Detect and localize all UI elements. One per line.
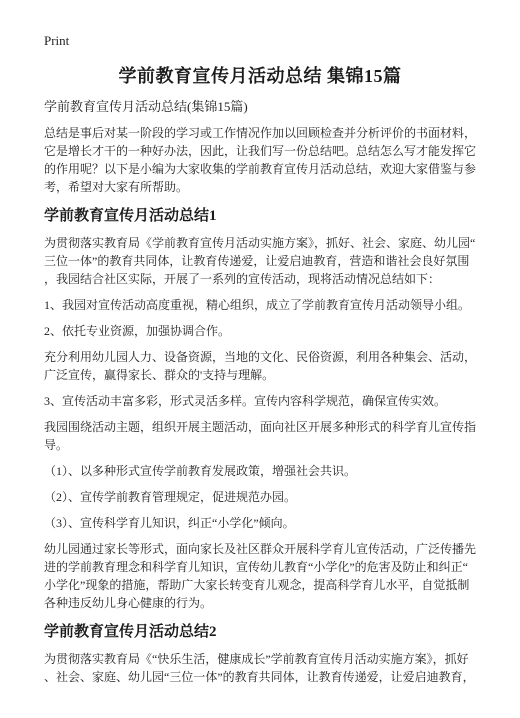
document-page: Print 学前教育宣传月活动总结 集锦15篇 学前教育宣传月活动总结(集锦15… [0, 0, 520, 718]
section-1-paragraph: 幼儿园通过家长等形式，面向家长及社区群众开展科学育儿宣传活动，广泛传播先进的学前… [44, 540, 476, 612]
section-1-paragraph: 充分利用幼儿园人力、设备资源，当地的文化、民俗资源，利用各种集会、活动，广泛宣传… [44, 348, 476, 384]
section-1-heading: 学前教育宣传月活动总结1 [44, 206, 476, 226]
section-1-sub-item-1: （1）、以多种形式宣传学前教育发展政策，增强社会共识。 [44, 462, 476, 480]
section-2-heading: 学前教育宣传月活动总结2 [44, 622, 476, 642]
document-subtitle: 学前教育宣传月活动总结(集锦15篇) [44, 98, 476, 116]
section-1-list-item-3: 3、宣传活动丰富多彩，形式灵活多样。宣传内容科学规范，确保宣传实效。 [44, 392, 476, 410]
print-link[interactable]: Print [44, 33, 69, 49]
section-1-list-item-2: 2、依托专业资源，加强协调合作。 [44, 322, 476, 340]
section-1-paragraph: 为贯彻落实教育局《学前教育宣传月活动实施方案》，抓好、社会、家庭、幼儿园“三位一… [44, 234, 476, 288]
section-1-sub-item-3: （3）、宣传科学育儿知识，纠正“小学化”倾向。 [44, 514, 476, 532]
intro-paragraph: 总结是事后对某一阶段的学习或工作情况作加以回顾检查并分析评价的书面材料，它是增长… [44, 124, 476, 196]
section-1-sub-item-2: （2）、宣传学前教育管理规定，促进规范办园。 [44, 488, 476, 506]
section-1-paragraph: 我园围绕活动主题，组织开展主题活动，面向社区开展多种形式的科学育儿宣传指导。 [44, 418, 476, 454]
section-1-list-item-1: 1、我园对宣传活动高度重视，精心组织，成立了学前教育宣传月活动领导小组。 [44, 296, 476, 314]
section-2-paragraph: 为贯彻落实教育局《“快乐生活，健康成长”学前教育宣传月活动实施方案》，抓好、社会… [44, 650, 476, 686]
document-title: 学前教育宣传月活动总结 集锦15篇 [44, 64, 476, 88]
